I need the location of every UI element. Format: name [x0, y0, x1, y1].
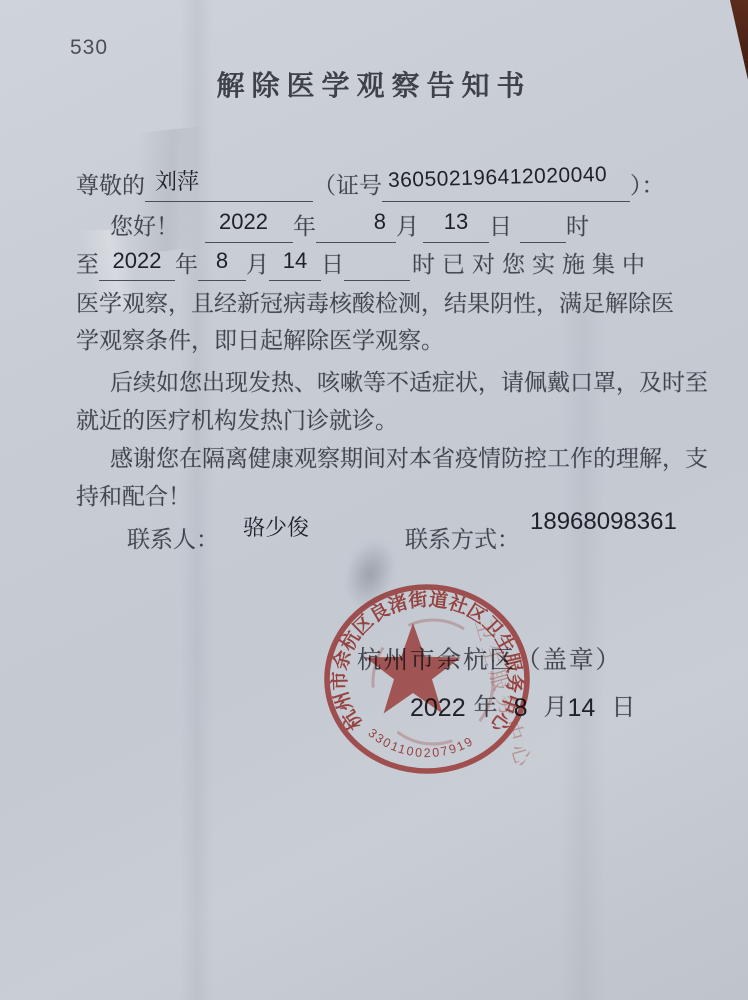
stamp-ring: [327, 587, 527, 771]
issue-date-line: 2022 年 8 月 14 日: [410, 692, 635, 724]
salutation-prefix: 尊敬的: [76, 170, 145, 202]
body-line: 学观察条件，即日起解除医学观察。: [76, 325, 444, 357]
start-year-value: 2022: [219, 206, 268, 238]
year-label: 年: [175, 249, 198, 281]
start-day-value: 13: [444, 206, 468, 238]
start-year-blank: 2022: [205, 211, 293, 243]
end-year-blank: 2022: [99, 249, 175, 281]
after-end-text: 时已对您实施集中: [412, 249, 652, 281]
end-month-value: 8: [216, 245, 228, 277]
salutation-line: 尊敬的 刘萍 （证号 360502196412020040 ）：: [76, 170, 665, 202]
start-hour-blank: [520, 211, 566, 243]
hour-label: 时: [566, 211, 589, 243]
name-blank: 刘萍: [145, 170, 313, 202]
document-title: 解除医学观察告知书: [0, 64, 748, 104]
end-year-value: 2022: [113, 245, 162, 277]
contact-person-value: 骆少俊: [243, 512, 309, 544]
end-date-line: 至 2022 年 8 月 14 日 时已对您实施集中: [76, 249, 652, 281]
issuer-line: 杭州市余杭区（盖章）: [357, 645, 622, 677]
issue-month-value: 8: [514, 692, 528, 724]
official-stamp: 杭州市余杭区良渚街道社区卫生服务中心 3301100207919 卫生服务中心: [313, 572, 543, 784]
day-label: 日: [321, 249, 344, 281]
end-month-blank: 8: [198, 249, 246, 281]
contact-line: 联系人： 骆少俊 联系方式： 18968098361: [127, 524, 677, 556]
page-number: 530: [70, 36, 108, 60]
start-day-blank: 13: [423, 211, 489, 243]
body-text: 感谢您在隔离健康观察期间对本省疫情防控工作的理解，支: [110, 443, 708, 475]
day-label: 日: [489, 211, 512, 243]
year-label: 年: [474, 692, 498, 724]
document-photo: 530 解除医学观察告知书 尊敬的 刘萍 （证号 360502196412020…: [0, 0, 748, 1000]
contact-phone-value: 18968098361: [530, 506, 677, 538]
end-day-value: 14: [283, 245, 307, 277]
issue-day-value: 14: [568, 692, 596, 724]
contact-person-label: 联系人：: [127, 524, 219, 556]
person-name-value: 刘萍: [155, 166, 199, 198]
id-blank: 360502196412020040: [382, 170, 630, 202]
end-hour-blank: [344, 249, 410, 281]
body-line: 持和配合！: [76, 481, 191, 513]
start-date-line: 您好！ 2022 年 8 月 13 日 时: [76, 211, 589, 243]
body-text: 后续如您出现发热、咳嗽等不适症状，请佩戴口罩，及时至: [110, 367, 708, 399]
body-line: 医学观察，且经新冠病毒核酸检测，结果阴性，满足解除医: [76, 288, 674, 320]
id-number-value: 360502196412020040: [388, 159, 608, 197]
issue-year-value: 2022: [410, 692, 466, 724]
month-label: 月: [396, 211, 419, 243]
body-line: 后续如您出现发热、咳嗽等不适症状，请佩戴口罩，及时至: [76, 367, 708, 399]
from-label: 至: [76, 249, 99, 281]
month-label: 月: [544, 692, 568, 724]
stamp-ghost-ring: [373, 620, 493, 744]
start-month-value: 8: [374, 206, 386, 238]
day-label: 日: [611, 692, 635, 724]
start-month-blank: 8: [316, 211, 396, 243]
contact-method-label: 联系方式：: [405, 524, 520, 556]
body-line: 就近的医疗机构发热门诊就诊。: [76, 405, 398, 437]
greeting: 您好！: [110, 211, 179, 243]
end-day-blank: 14: [269, 249, 321, 281]
id-label: （证号: [313, 170, 382, 202]
month-label: 月: [246, 249, 269, 281]
salutation-close: ）：: [630, 170, 665, 202]
stamp-code-svg: 3301100207919: [366, 726, 477, 760]
year-label: 年: [293, 211, 316, 243]
body-line: 感谢您在隔离健康观察期间对本省疫情防控工作的理解，支: [76, 443, 708, 475]
